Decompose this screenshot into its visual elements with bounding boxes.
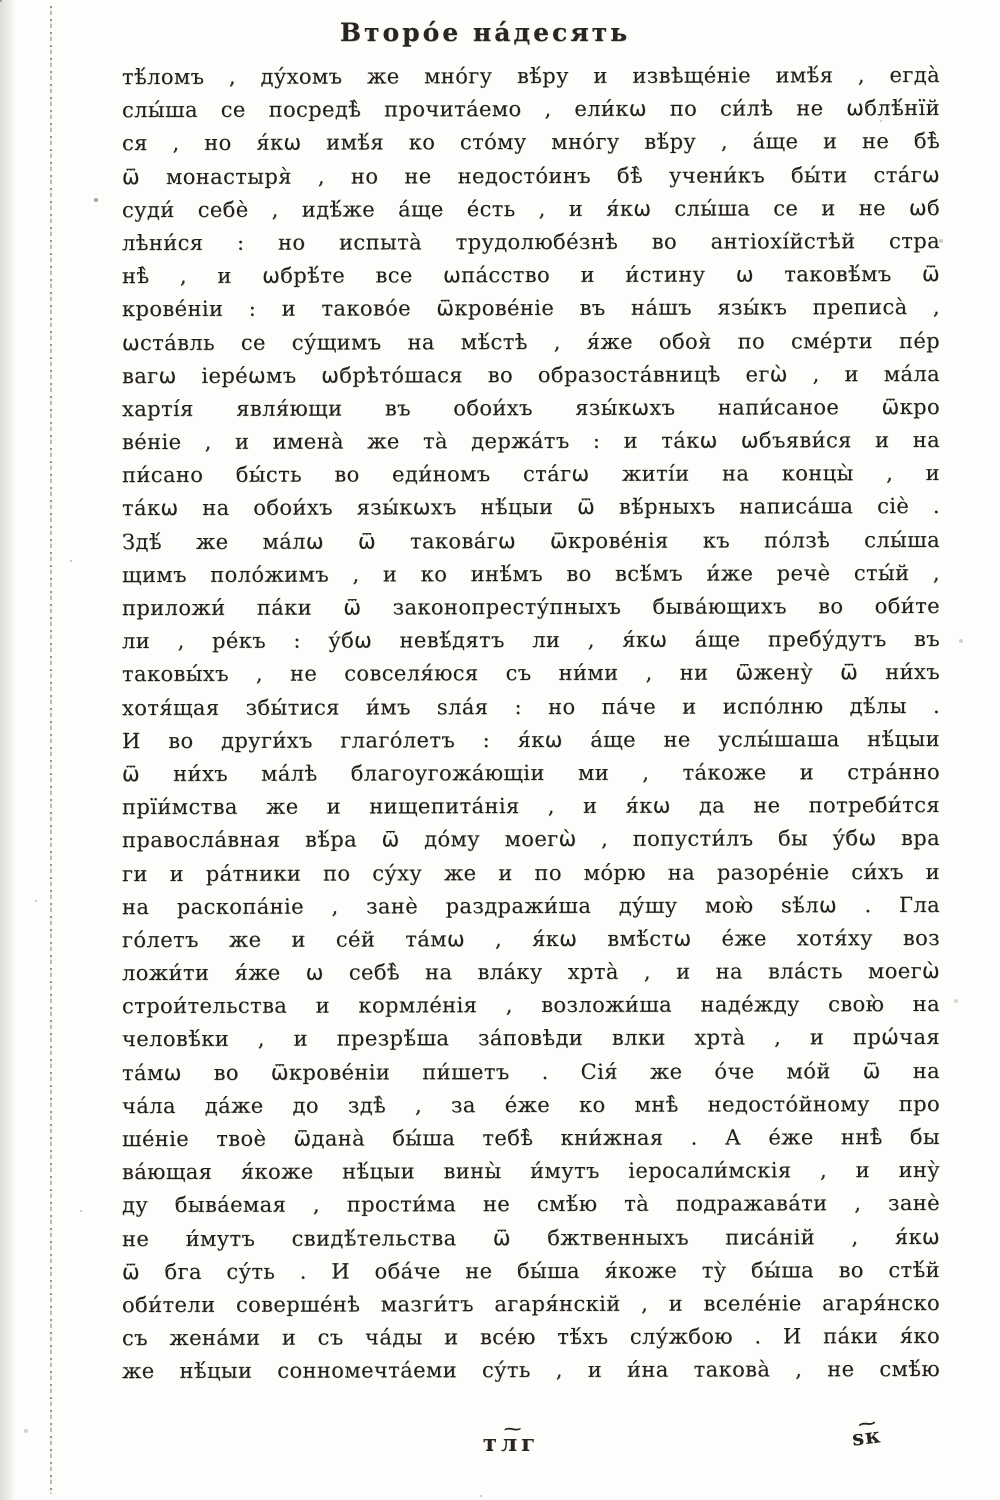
text-line: ше́ніе твоѐ ѿдана̀ бы́ша тебѣ̀ кни́жная … [122, 1121, 940, 1156]
text-line: ли , ре́къ : у́бѡ невѣ́дятъ ли , я́кѡ а́… [122, 623, 940, 658]
text-line: нѣ̀ , и ѡбрѣ́те все ѡпа́сство и и́стину … [122, 258, 940, 293]
text-line: пи́сано бы́сть во еди́номъ ста́гѡ житі́и… [122, 457, 940, 492]
text-line: Здѣ́ же ма́лѡ ѿ такова́гѡ ѿкрове́нія къ … [122, 524, 940, 559]
text-line: ва́ющая я́коже нѣ́цыи вины̀ и́мутъ іерос… [122, 1154, 940, 1189]
text-line: приложи́ па́ки ѿ законопресту́пныхъ быва… [122, 590, 940, 625]
text-line: щимъ поло́жимъ , и ко инѣ́мъ во всѣ́мъ и… [122, 557, 940, 592]
text-line: ложи́ти я́же ѡ себѣ̀ на вла́ку хрта̀ , и… [122, 955, 940, 990]
folio-titlo-mark: ~ [502, 1419, 523, 1438]
text-line: не и́мутъ свидѣ́тельства ѿ бжтвенныхъ пи… [122, 1220, 940, 1255]
text-line: правосла́вная вѣ́ра ѿ до́му моегѡ̀ , поп… [122, 822, 940, 857]
text-line: суди́ себѐ , идѣ́же а́ще е́сть , и я́кѡ … [122, 192, 940, 227]
text-line: ся , но я́кѡ имѣ́я ко сто́му мно́гу вѣ́р… [122, 125, 940, 160]
text-line: тѣ́ломъ , ду́хомъ же мно́гу вѣ́ру и извѣ… [122, 59, 940, 94]
page-edge-shadow [0, 0, 16, 1500]
text-line: таковы́хъ , не совселя́юся съ ни́ми , ни… [122, 656, 940, 691]
text-line: харті́я явля́ющи въ обои́хъ язы́кѡхъ нап… [122, 391, 940, 426]
text-line: ду быва́емая , прости́ма не смѣ́ю та̀ по… [122, 1187, 940, 1222]
text-line: ве́ніе , и имена̀ же та̀ держа́тъ : и та… [122, 424, 940, 459]
text-line: ѡста́вль се су́щимъ на мѣ́стѣ , я́же обо… [122, 324, 940, 359]
text-line: вагѡ іере́ѡмъ ѡбрѣто́шася во образоста́в… [122, 358, 940, 393]
text-line: прїи́мства же и нищепита́нія , и я́кѡ да… [122, 789, 940, 824]
signature-titlo-mark: ~ [855, 1413, 879, 1434]
text-line: на раскопа́ніе , занѐ раздражи́ша ду́шу … [122, 889, 940, 924]
folio-number: ~ тлг [0, 1430, 1000, 1457]
text-line: ѿ бга су́ть . И оба́че не бы́ша я́коже т… [122, 1254, 940, 1289]
text-line: хотя́щая збы́тися и́мъ ѕла́я : но па́че … [122, 689, 940, 724]
running-head: Второ́е на́десять [0, 18, 970, 47]
scan-noise-specks [0, 0, 2, 2]
text-line: съ жена́ми и съ ча́ды и все́ю тѣ́хъ слу́… [122, 1320, 940, 1355]
text-line: ѿ ни́хъ ма́лѣ благоугожа́ющіи ми , та́ко… [122, 756, 940, 791]
text-line: та́мѡ во ѿкрове́ніи пи́шетъ . Сія́ же о́… [122, 1055, 940, 1090]
quire-signature: ~ ѕк [851, 1422, 883, 1450]
text-line: ѿ монастыря̀ , но не недосто́инъ бѣ̀ уче… [122, 158, 940, 193]
text-line: крове́ніи : и таково́е ѿкрове́ніе въ на́… [122, 291, 940, 326]
text-line: лѣни́ся : но испыта̀ трудолюбе́знѣ во ан… [122, 225, 940, 260]
text-line: оби́тели соверше́нѣ мазги́тъ агаря́нскій… [122, 1287, 940, 1322]
gutter-fold-line [50, 6, 52, 1494]
text-line: та́кѡ на обои́хъ язы́кѡхъ нѣ́цыи ѿ вѣ́рн… [122, 490, 940, 525]
text-block: тѣ́ломъ , ду́хомъ же мно́гу вѣ́ру и извѣ… [122, 60, 940, 1388]
text-line: слы́ша се посредѣ̀ прочита́емо , ели́кѡ … [122, 92, 940, 127]
text-line: го́летъ же и се́й та́мѡ , я́кѡ вмѣ́стѡ е… [122, 922, 940, 957]
text-line: же нѣ́цыи сонномечта́еми су́ть , и и́на … [122, 1353, 940, 1388]
text-line: строи́тельства и кормле́нія , возложи́ша… [122, 988, 940, 1023]
text-line: ги и ра́тники по су́ху же и по мо́рю на … [122, 855, 940, 890]
text-line: ча́ла да́же до здѣ̀ , за е́же ко мнѣ̀ не… [122, 1088, 940, 1123]
text-line: человѣ́ки , и презрѣ́ша за́повѣди влки х… [122, 1021, 940, 1056]
text-line: И во други́хъ глаго́летъ : я́кѡ а́ще не … [122, 723, 940, 758]
scanned-book-page: Второ́е на́десять тѣ́ломъ , ду́хомъ же м… [0, 0, 1000, 1500]
